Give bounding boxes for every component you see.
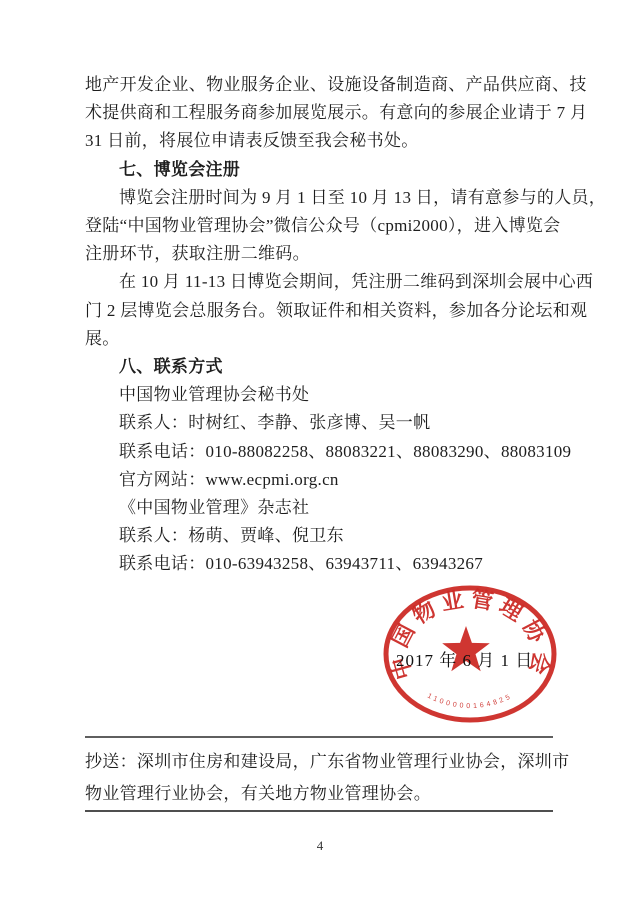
body-line: 登陆“中国物业管理协会”微信公众号（cpmi2000），进入博览会 <box>85 212 557 240</box>
footer-separator-bottom <box>85 810 553 812</box>
body-line: 在 10 月 11-13 日博览会期间，凭注册二维码到深圳会展中心西 <box>85 268 557 296</box>
body-line: 展。 <box>85 325 557 353</box>
body-line: 门 2 层博览会总服务台。领取证件和相关资料，参加各分论坛和观 <box>85 297 557 325</box>
body-line: 八、联系方式 <box>85 353 557 381</box>
seal-serial-number: 1100000164825 <box>426 693 514 710</box>
page-number: 4 <box>0 838 640 854</box>
body-line: 《中国物业管理》杂志社 <box>85 494 557 522</box>
document-date: 2017 年 6 月 1 日 <box>396 646 533 671</box>
body-line: 中国物业管理协会秘书处 <box>85 381 557 409</box>
body-line: 术提供商和工程服务商参加展览展示。有意向的参展企业请于 7 月 <box>85 99 557 127</box>
body-line: 联系人：杨萌、贾峰、倪卫东 <box>85 522 557 550</box>
body-line: 地产开发企业、物业服务企业、设施设备制造商、产品供应商、技 <box>85 71 557 99</box>
body-line: 博览会注册时间为 9 月 1 日至 10 月 13 日，请有意参与的人员， <box>85 184 557 212</box>
cc-line: 物业管理行业协会，有关地方物业管理协会。 <box>85 778 565 810</box>
body-line: 联系电话：010-63943258、63943711、63943267 <box>85 550 557 578</box>
cc-section: 抄送：深圳市住房和建设局，广东省物业管理行业协会，深圳市物业管理行业协会，有关地… <box>85 746 565 810</box>
body-line: 注册环节，获取注册二维码。 <box>85 240 557 268</box>
body-line: 联系电话：010-88082258、88083221、88083290、8808… <box>85 438 557 466</box>
body-line: 七、博览会注册 <box>85 156 557 184</box>
footer-separator-top <box>85 736 553 738</box>
document-body: 地产开发企业、物业服务企业、设施设备制造商、产品供应商、技术提供商和工程服务商参… <box>85 71 557 579</box>
body-line: 联系人：时树红、李静、张彦博、吴一帆 <box>85 409 557 437</box>
document-page: 地产开发企业、物业服务企业、设施设备制造商、产品供应商、技术提供商和工程服务商参… <box>0 0 640 905</box>
body-line: 31 日前，将展位申请表反馈至我会秘书处。 <box>85 127 557 155</box>
body-line: 官方网站：www.ecpmi.org.cn <box>85 466 557 494</box>
cc-line: 抄送：深圳市住房和建设局，广东省物业管理行业协会，深圳市 <box>85 746 565 778</box>
